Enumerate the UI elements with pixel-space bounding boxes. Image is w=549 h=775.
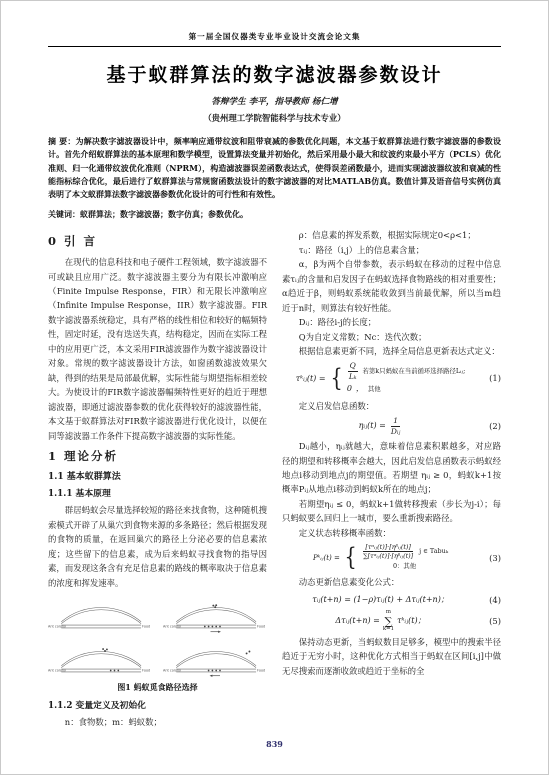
eq1-case2-value: 0 [347,382,352,396]
two-column-body: 0 引 言 在现代的信息科技和电子硬件工程领域，数字滤波器不可或缺且应用广泛。数… [48,228,501,729]
ant-path-svg: Ant colony Food [163,598,268,634]
tau-definition: τᵢⱼ：路径（i,j）上的信息素含量； [282,243,501,257]
eq3-fraction: [τᵅᵢⱼ(t)]·[ηᵝᵢⱼ(t)]∑[τᵅᵢⱼ(t)]·[ηᵝᵢⱼ(t)] [361,543,415,560]
nest-label: Ant colony [48,669,66,673]
ant-path-diagram-1: Ant colony Food [48,598,153,634]
equation-3-number: (3) [479,551,501,565]
food-label: Food [257,669,265,673]
nest-label: Ant colony [48,625,66,629]
ant-path-svg: Ant colony Food [163,642,268,678]
equation-3-body: Pᵏᵢⱼ(t) = { [τᵅᵢⱼ(t)]·[ηᵝᵢⱼ(t)]∑[τᵅᵢⱼ(t)… [282,543,479,572]
abstract-paragraph: 摘 要：为解决数字滤波器设计中，频率响应通带纹波和阻带衰减的参数优化问题，本文基… [48,135,501,201]
keywords-line: 关键词：蚁群算法；数字滤波器；数字仿真；参数优化。 [48,209,501,220]
section-0-heading: 0 引 言 [48,232,267,252]
variable-definitions-line: n：食物数；m：蚂蚁数； [48,715,267,729]
dynamic-update-label: 动态更新信息素变化公式： [282,575,501,589]
ant-foraging-paragraph: 群居蚂蚁会尽量选择较短的路径来找食物，这种随机搜索模式开辟了从巢穴到食物来源的多… [48,503,267,590]
closing-paragraph: 保持动态更新，当蚂蚁数目足够多，模型中的搜索半径趋近于无穷小时，这种优化方式相当… [282,635,501,678]
page-number: 839 [1,739,548,749]
ant-path-svg: Ant colony Food [48,598,153,634]
eq5-lhs: Δτᵢⱼ(t+n) = [335,614,379,628]
food-label: Food [257,625,265,629]
eq1-condition-2: 其他 [368,384,381,395]
paper-page: 第一届全国仪器类专业毕业设计交流会论文集 基于蚁群算法的数字滤波器参数设计 答辩… [0,0,549,775]
equation-5-body: Δτᵢⱼ(t+n) = m ∑ k=1 τᵏᵢⱼ(t)； [282,610,479,632]
expectation-paragraph: Dᵢⱼ越小，ηᵢⱼ就越大，意味着信息素积累越多，对应路径的期望和转移概率会越大，… [282,439,501,497]
section-1-1-1-heading: 1.1.1 基本原理 [48,487,267,502]
equation-4-body: τᵢⱼ(t+n) = (1−ρ)τᵢⱼ(t) + Δτᵢⱼ(t+n)； [282,593,479,607]
eq3-condition-1: j ∈ Tabuₖ [419,546,448,557]
figure1-caption: 图1 蚂蚁觅食路径选择 [48,681,267,695]
nest-label: Ant colony [163,669,181,673]
eq1-condition-1: 若第k只蚂蚁在当前循环选择路径Lᵢⱼ; [363,366,466,377]
equation-5: Δτᵢⱼ(t+n) = m ∑ k=1 τᵏᵢⱼ(t)； (5) [282,610,501,632]
equation-5-number: (5) [479,614,501,628]
affiliation-line: （贵州理工学院智能科学与技术专业） [48,112,501,124]
heuristic-function-label: 定义启发信息函数： [282,399,501,413]
abstract-label: 摘 要： [48,136,76,146]
sigma-sum-icon: m ∑ k=1 [383,610,394,632]
authors-line: 答辩学生 李平，指导教师 杨仁增 [48,95,501,107]
eq2-lhs: ηᵢⱼ(t) = [359,419,386,433]
ant-path-diagram-2: Ant colony Food [163,598,268,634]
eq5-rhs: τᵏᵢⱼ(t)； [397,614,426,628]
keywords-label: 关键词： [48,209,80,219]
transfer-search-paragraph: 若期望ηᵢⱼ ≤ 0，蚂蚁k+1做转移搜索（步长为j-i）；每只蚂蚁要么回归上一… [282,497,501,526]
equation-4: τᵢⱼ(t+n) = (1−ρ)τᵢⱼ(t) + Δτᵢⱼ(t+n)； (4) [282,593,501,607]
paper-title: 基于蚁群算法的数字滤波器参数设计 [48,60,501,87]
equation-4-number: (4) [479,593,501,607]
equation-2-body: ηᵢⱼ(t) = 1Dᵢⱼ [282,416,479,436]
equation-3: Pᵏᵢⱼ(t) = { [τᵅᵢⱼ(t)]·[ηᵝᵢⱼ(t)]∑[τᵅᵢⱼ(t)… [282,543,501,572]
rho-definition: ρ：信息素的挥发系数，根据实际规定0<ρ<1； [282,228,501,242]
brace-icon: { [330,368,342,390]
eq3-lhs: Pᵏᵢⱼ(t) = [313,552,340,564]
section-1-heading: 1 理论分析 [48,447,267,467]
right-column: ρ：信息素的挥发系数，根据实际规定0<ρ<1； τᵢⱼ：路径（i,j）上的信息素… [282,228,501,729]
brace-icon: { [344,547,356,569]
eq1-lhs: τᵏᵢⱼ(t) = [296,372,326,386]
equation-2: ηᵢⱼ(t) = 1Dᵢⱼ (2) [282,416,501,436]
header-rule [48,46,501,47]
keywords-text: 蚁群算法；数字滤波器；数字仿真；参数优化。 [80,209,248,219]
food-label: Food [142,669,150,673]
eq3-case-2: 0：其他 [393,561,416,572]
abstract-text: 为解决数字滤波器设计中，频率响应通带纹波和阻带衰减的参数优化问题，本文基于蚁群算… [48,136,501,199]
global-update-paragraph: 根据信息素更新不同，选择全局信息更新表达式定义： [282,344,501,358]
eq2-fraction: 1Dᵢⱼ [389,416,403,436]
introduction-paragraph: 在现代的信息科技和电子硬件工程领域，数字滤波器不可或缺且应用广泛。数字滤波器主要… [48,255,267,443]
section-1-1-2-heading: 1.1.2 变量定义及初始化 [48,699,267,714]
eq1-fraction: QLₖ [347,361,359,381]
left-column: 0 引 言 在现代的信息科技和电子硬件工程领域，数字滤波器不可或缺且应用广泛。数… [48,228,267,729]
equation-1: τᵏᵢⱼ(t) = { QLₖ 若第k只蚂蚁在当前循环选择路径Lᵢⱼ; 0 ， … [282,361,501,396]
section-1-1-heading: 1.1 基本蚁群算法 [48,470,267,485]
figure1-diagrams: Ant colony Food [48,598,267,678]
nest-label: Ant colony [163,625,181,629]
journal-header: 第一届全国仪器类专业毕业设计交流会论文集 [48,31,501,42]
ant-path-diagram-3: Ant colony Food [48,642,153,678]
equation-1-number: (1) [479,371,501,385]
dij-definition: Dᵢⱼ：路径i-j的长度； [282,315,501,329]
state-transition-label: 定义状态转移概率函数： [282,526,501,540]
alpha-beta-paragraph: α，β为两个自带参数，表示蚂蚁在移动的过程中信息素τᵢⱼ的含量和启发因子在蚂蚁选… [282,257,501,315]
equation-2-number: (2) [479,419,501,433]
ant-path-diagram-4: Ant colony Food [163,642,268,678]
equation-1-body: τᵏᵢⱼ(t) = { QLₖ 若第k只蚂蚁在当前循环选择路径Lᵢⱼ; 0 ， … [282,361,479,396]
q-nc-definition: Q为自定义常数；Nc：迭代次数； [282,330,501,344]
ant-path-svg: Ant colony Food [48,642,153,678]
food-label: Food [142,625,150,629]
